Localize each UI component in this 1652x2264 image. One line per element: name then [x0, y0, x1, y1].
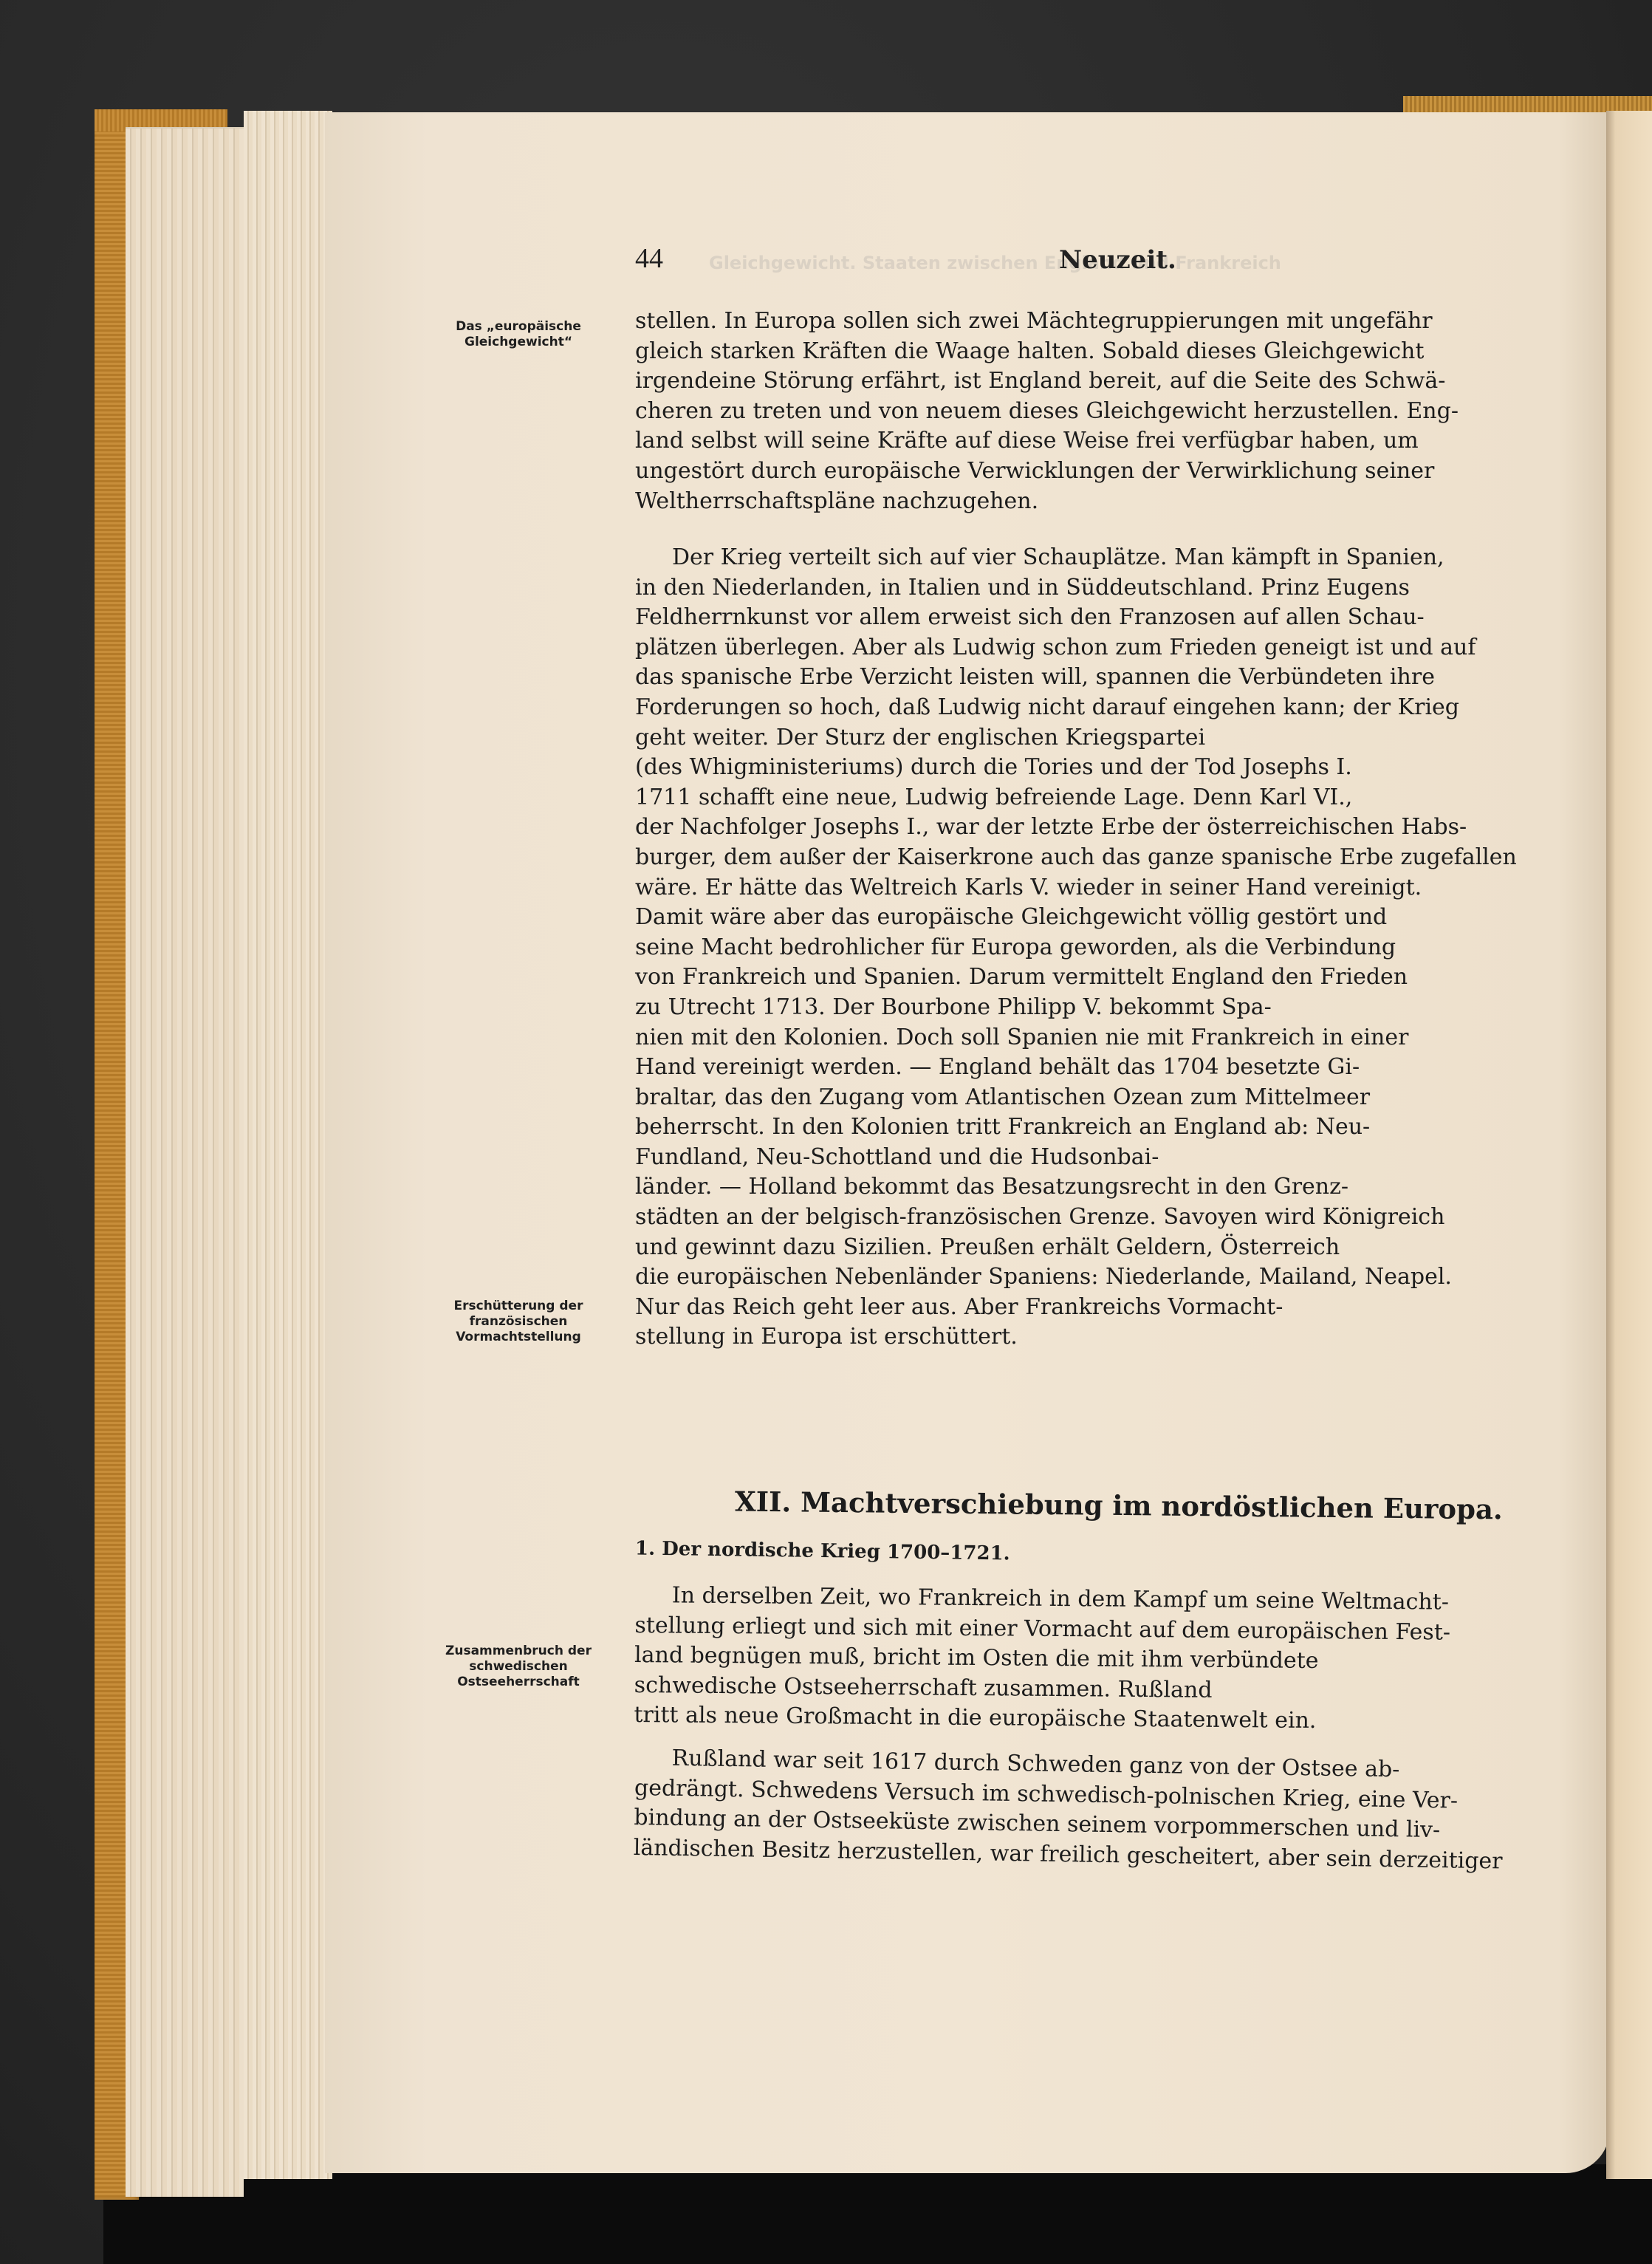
book-gutter [1606, 111, 1652, 2179]
page-number: 44 [635, 242, 663, 275]
text-line: gleich starken Kräften die Waage halten.… [635, 337, 1545, 367]
paragraph-spanish-succession-war: Der Krieg verteilt sich auf vier Schaupl… [635, 543, 1545, 1352]
text-line: land selbst will seine Kräfte auf diese … [635, 426, 1545, 456]
paragraph-northern-war: In derselben Zeit, wo Frankreich in dem … [634, 1581, 1545, 1739]
page-stack-edges [126, 127, 244, 2197]
text-line: beherrscht. In den Kolonien tritt Frankr… [635, 1112, 1545, 1143]
text-line: stellen. In Europa sollen sich zwei Mäch… [635, 307, 1545, 337]
text-line: plätzen überlegen. Aber als Ludwig schon… [635, 633, 1545, 663]
text-line: nien mit den Kolonien. Doch soll Spanien… [635, 1023, 1545, 1053]
text-line: wäre. Er hätte das Weltreich Karls V. wi… [635, 873, 1545, 903]
text-line: Damit wäre aber das europäische Gleichge… [635, 903, 1545, 933]
text-line: irgendeine Störung erfährt, ist England … [635, 366, 1545, 397]
text-line: zu Utrecht 1713. Der Bourbone Philipp V.… [635, 993, 1545, 1023]
text-line: die europäischen Nebenländer Spaniens: N… [635, 1262, 1545, 1293]
text-line: braltar, das den Zugang vom Atlantischen… [635, 1083, 1545, 1113]
text-line: Hand vereinigt werden. — England behält … [635, 1053, 1545, 1083]
text-line: Nur das Reich geht leer aus. Aber Frankr… [635, 1293, 1545, 1323]
text-line: länder. — Holland bekommt das Besatzungs… [635, 1172, 1545, 1203]
text-line: cheren zu treten und von neuem dieses Gl… [635, 397, 1545, 427]
margin-note-zusammenbruch: Zusammenbruch der schwedischen Ostseeher… [418, 1644, 619, 1690]
running-head: Neuzeit. [1059, 245, 1176, 275]
text-line: seine Macht bedrohlicher für Europa gewo… [635, 933, 1545, 963]
text-line: burger, dem außer der Kaiserkrone auch d… [635, 843, 1545, 873]
text-line: geht weiter. Der Sturz der englischen Kr… [635, 723, 1545, 753]
text-line: Forderungen so hoch, daß Ludwig nicht da… [635, 693, 1545, 723]
book-shadow [103, 2164, 1652, 2264]
text-line: Fundland, Neu-Schottland und die Hudsonb… [635, 1143, 1545, 1173]
text-line: Feldherrnkunst vor allem erweist sich de… [635, 603, 1545, 633]
text-line: 1711 schafft eine neue, Ludwig befreiend… [635, 783, 1545, 813]
margin-note-erschuetterung: Erschütterung der französischen Vormacht… [418, 1299, 619, 1345]
margin-note-gleichgewicht: Das „europäische Gleichgewicht“ [418, 319, 619, 350]
page-stack-edges-inner [244, 111, 332, 2179]
text-line: und gewinnt dazu Sizilien. Preußen erhäl… [635, 1233, 1545, 1263]
text-line: das spanische Erbe Verzicht leisten will… [635, 663, 1545, 693]
text-line: Weltherrschaftspläne nachzugehen. [635, 487, 1545, 517]
text-line: ungestört durch europäische Verwicklunge… [635, 456, 1545, 487]
text-line: von Frankreich und Spanien. Darum vermit… [635, 962, 1545, 993]
text-line: Der Krieg verteilt sich auf vier Schaupl… [635, 543, 1545, 573]
text-line: der Nachfolger Josephs I., war der letzt… [635, 813, 1545, 843]
text-line: (des Whigministeriums) durch die Tories … [635, 753, 1545, 783]
text-line: in den Niederlanden, in Italien und in S… [635, 573, 1545, 603]
paragraph-balance-of-power: stellen. In Europa sollen sich zwei Mäch… [635, 307, 1545, 516]
paragraph-russia: Rußland war seit 1617 durch Schweden gan… [633, 1743, 1544, 1878]
page-header: 44 Neuzeit. [635, 242, 1545, 279]
text-line: stellung in Europa ist erschüttert. [635, 1322, 1545, 1352]
text-line: städten an der belgisch-französischen Gr… [635, 1203, 1545, 1233]
